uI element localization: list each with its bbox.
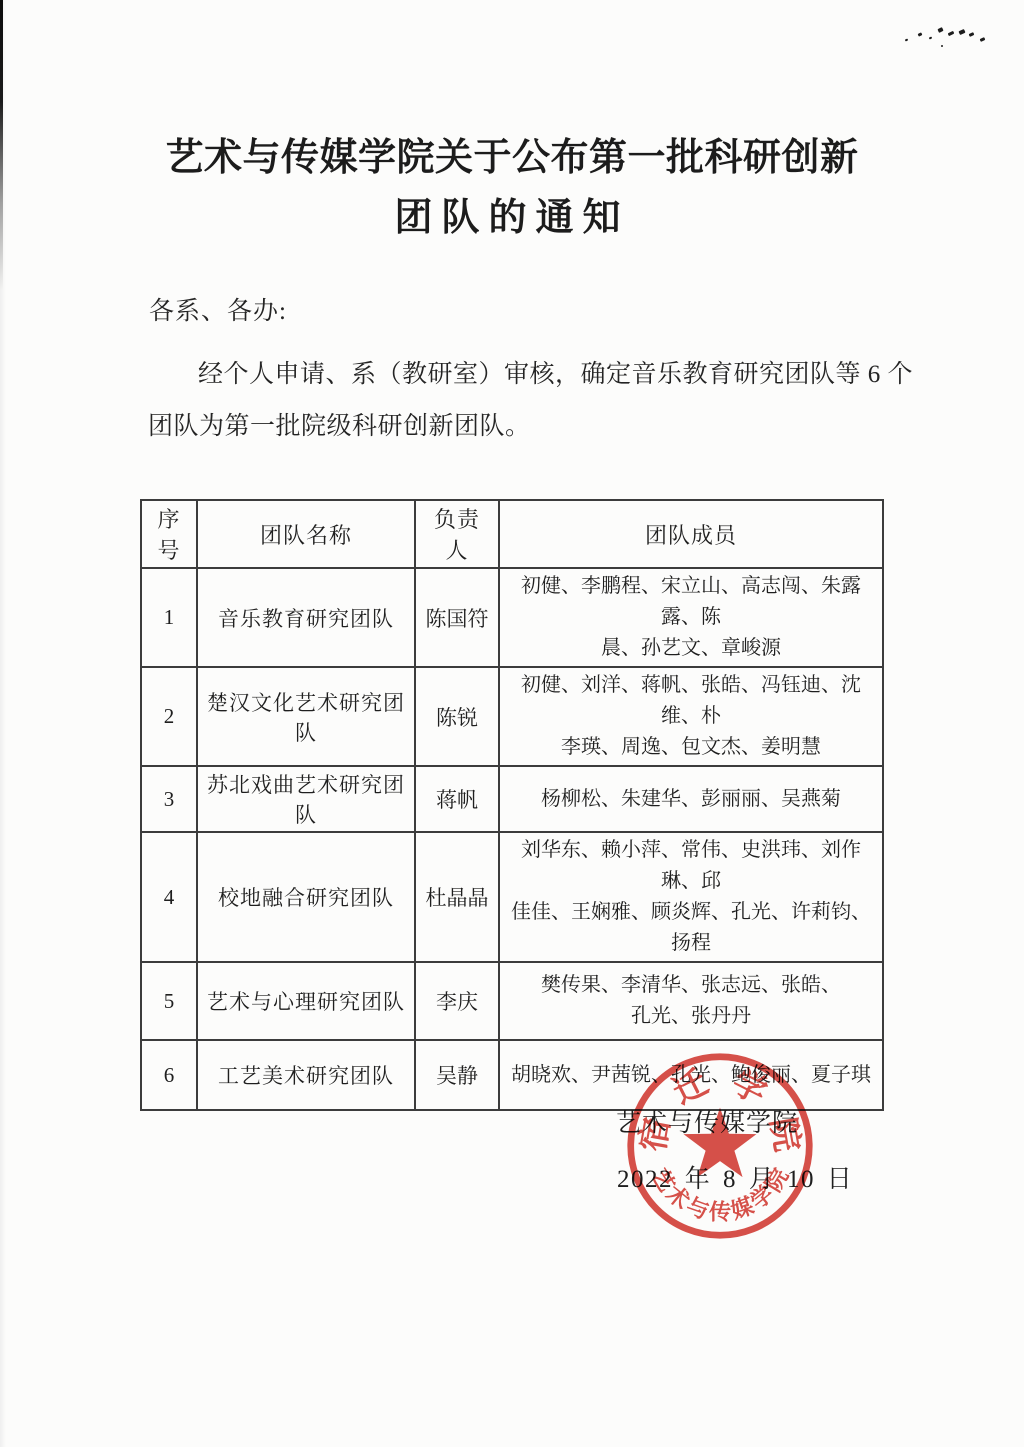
ink-speck [929, 36, 933, 39]
cell-index: 1 [141, 568, 197, 667]
cell-team-name: 校地融合研究团队 [197, 832, 415, 962]
scanned-notice-page: 艺术与传媒学院关于公布第一批科研创新 团队的通知 各系、各办: 经个人申请、系（… [0, 0, 1024, 1447]
cell-leader: 陈锐 [415, 667, 499, 766]
svg-text:宿: 宿 [634, 1115, 677, 1155]
svg-text:院: 院 [763, 1115, 806, 1155]
cell-members: 初健、刘洋、蒋帆、张皓、冯钰迪、沈维、朴 李瑛、周逸、包文杰、姜明慧 [499, 667, 883, 766]
cell-index: 3 [141, 766, 197, 832]
cell-leader: 杜晶晶 [415, 832, 499, 962]
col-header-members: 团队成员 [499, 500, 883, 568]
cell-index: 5 [141, 962, 197, 1040]
cell-index: 4 [141, 832, 197, 962]
cell-team-name: 苏北戏曲艺术研究团队 [197, 766, 415, 832]
cell-members: 初健、李鹏程、宋立山、高志闯、朱露露、陈 晨、孙艺文、章峻源 [499, 568, 883, 667]
cell-team-name: 工艺美术研究团队 [197, 1040, 415, 1110]
ink-speck [958, 29, 965, 35]
salutation: 各系、各办: [149, 291, 287, 327]
svg-text:传: 传 [709, 1200, 731, 1225]
cell-leader: 李庆 [415, 962, 499, 1040]
cell-members: 杨柳松、朱建华、彭丽丽、吴燕菊 [499, 766, 883, 832]
official-seal: 宿迁学院 艺术与传媒学院 [624, 1050, 816, 1242]
table-row: 3 苏北戏曲艺术研究团队 蒋帆 杨柳松、朱建华、彭丽丽、吴燕菊 [141, 766, 883, 832]
col-header-index: 序号 [141, 500, 197, 568]
seal-star-icon [684, 1108, 757, 1178]
notice-title-line1: 艺术与传媒学院关于公布第一批科研创新 [0, 128, 1024, 188]
table-row: 1 音乐教育研究团队 陈国符 初健、李鹏程、宋立山、高志闯、朱露露、陈 晨、孙艺… [141, 568, 883, 667]
cell-index: 2 [141, 667, 197, 766]
col-header-leader: 负责人 [415, 500, 499, 568]
body-paragraph: 经个人申请、系（教研室）审核，确定音乐教育研究团队等 6 个 团队为第一批院级科… [148, 349, 916, 453]
ink-speck [905, 38, 909, 41]
cell-members: 刘华东、赖小萍、常伟、史洪玮、刘作琳、邱 佳佳、王娴雅、顾炎辉、孔光、许莉钧、扬… [499, 832, 883, 962]
cell-index: 6 [141, 1040, 197, 1110]
table-header-row: 序号 团队名称 负责人 团队成员 [141, 500, 883, 568]
cell-leader: 陈国符 [415, 568, 499, 667]
ink-speck [918, 32, 923, 36]
ink-speck [980, 37, 986, 42]
cell-leader: 吴静 [415, 1040, 499, 1110]
cell-team-name: 楚汉文化艺术研究团队 [197, 667, 415, 766]
cell-members: 樊传果、李清华、张志远、张皓、 孔光、张丹丹 [499, 962, 883, 1040]
table-row: 5 艺术与心理研究团队 李庆 樊传果、李清华、张志远、张皓、 孔光、张丹丹 [141, 962, 883, 1040]
ink-speck [969, 32, 975, 37]
cell-team-name: 艺术与心理研究团队 [197, 962, 415, 1040]
col-header-team-name: 团队名称 [197, 500, 415, 568]
ink-speck [941, 45, 944, 48]
notice-title: 艺术与传媒学院关于公布第一批科研创新 团队的通知 [0, 128, 1024, 248]
table-row: 4 校地融合研究团队 杜晶晶 刘华东、赖小萍、常伟、史洪玮、刘作琳、邱 佳佳、王… [141, 832, 883, 962]
cell-leader: 蒋帆 [415, 766, 499, 832]
ink-speck [937, 27, 943, 33]
teams-table: 序号 团队名称 负责人 团队成员 1 音乐教育研究团队 陈国符 初健、李鹏程、宋… [140, 499, 884, 1111]
notice-title-line2: 团队的通知 [0, 188, 1024, 248]
table-row: 2 楚汉文化艺术研究团队 陈锐 初健、刘洋、蒋帆、张皓、冯钰迪、沈维、朴 李瑛、… [141, 667, 883, 766]
cell-team-name: 音乐教育研究团队 [197, 568, 415, 667]
ink-speck [948, 31, 955, 36]
